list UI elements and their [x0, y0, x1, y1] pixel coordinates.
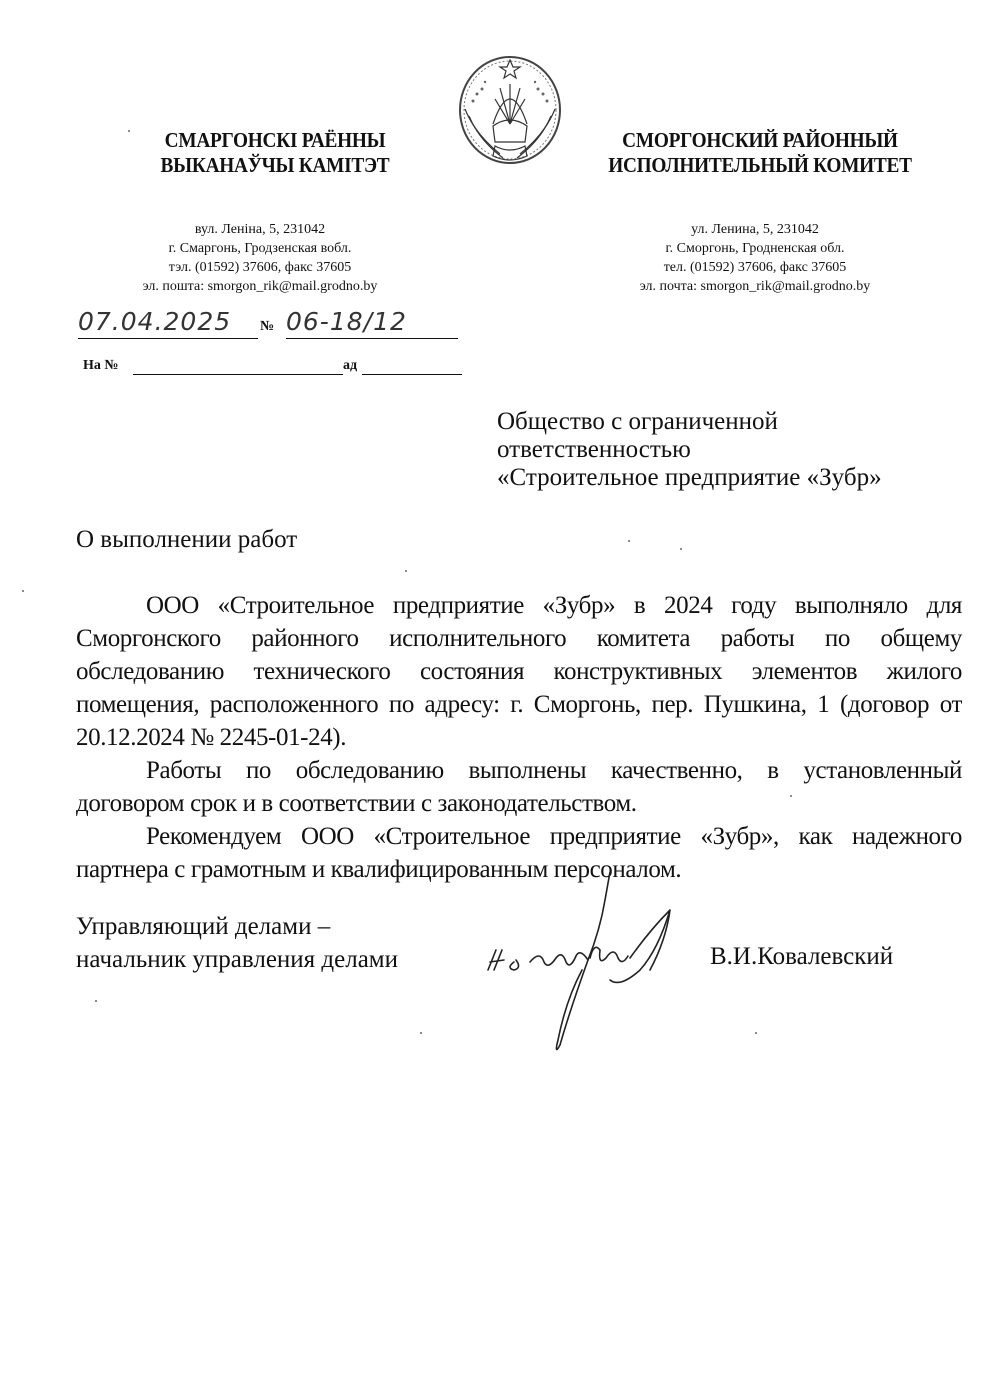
address-line: тэл. (01592) 37606, факс 37605 [80, 258, 440, 277]
position-line: Управляющий делами – [76, 910, 398, 943]
reference-from-label: ад [343, 358, 357, 374]
scan-speck [22, 590, 24, 592]
reference-number-blank [133, 356, 343, 375]
address-line: эл. пошта: smorgon_rik@mail.grodno.by [80, 277, 440, 296]
registration-line: 07.04.2025 № 06-18/12 [78, 305, 458, 341]
recipient-block: Общество с ограниченной ответственностью… [497, 408, 957, 492]
address-line: вул. Леніна, 5, 231042 [80, 220, 440, 239]
scan-speck [95, 1000, 97, 1002]
letter-body: ООО «Строительное предприятие «Зубр» в 2… [76, 589, 962, 886]
scan-speck [755, 1032, 757, 1034]
recipient-line: ответственностью [497, 436, 957, 464]
scan-speck [680, 548, 682, 550]
registration-date: 07.04.2025 [78, 305, 258, 339]
address-russian: ул. Ленина, 5, 231042 г. Сморгонь, Гродн… [590, 220, 920, 296]
address-line: ул. Ленина, 5, 231042 [590, 220, 920, 239]
subject-line: О выполнении работ [76, 526, 297, 554]
body-paragraph: ООО «Строительное предприятие «Зубр» в 2… [76, 589, 962, 754]
scan-speck [128, 130, 130, 132]
recipient-line: Общество с ограниченной [497, 408, 957, 436]
title-line: ИСПОЛНИТЕЛЬНЫЙ КОМИТЕТ [581, 153, 940, 178]
title-line: СМАРГОНСКІ РАЁННЫ [123, 128, 427, 153]
title-line: СМОРГОНСКИЙ РАЙОННЫЙ [581, 128, 940, 153]
reference-line: На № ад [83, 356, 463, 378]
scan-speck [405, 570, 407, 572]
reference-label: На № [83, 358, 118, 374]
signatory-name: В.И.Ковалевский [710, 943, 893, 971]
address-line: эл. почта: smorgon_rik@mail.grodno.by [590, 277, 920, 296]
address-line: г. Сморгонь, Гродненская обл. [590, 239, 920, 258]
position-line: начальник управления делами [76, 943, 398, 976]
address-belarusian: вул. Леніна, 5, 231042 г. Смаргонь, Грод… [80, 220, 440, 296]
address-line: тел. (01592) 37606, факс 37605 [590, 258, 920, 277]
letterhead-title-belarusian: СМАРГОНСКІ РАЁННЫ ВЫКАНАЎЧЫ КАМІТЭТ [123, 128, 427, 178]
signatory-position: Управляющий делами – начальник управлени… [76, 910, 398, 976]
scan-speck [420, 1032, 422, 1034]
title-line: ВЫКАНАЎЧЫ КАМІТЭТ [123, 153, 427, 178]
number-label: № [260, 319, 274, 335]
address-line: г. Смаргонь, Гродзенская вобл. [80, 239, 440, 258]
scan-speck [790, 795, 792, 797]
registration-number: 06-18/12 [286, 305, 458, 339]
scan-speck [628, 540, 630, 542]
handwritten-signature-icon [470, 870, 710, 1060]
recipient-line: «Строительное предприятие «Зубр» [497, 464, 957, 492]
body-paragraph: Работы по обследованию выполнены качеств… [76, 754, 962, 820]
letterhead-title-russian: СМОРГОНСКИЙ РАЙОННЫЙ ИСПОЛНИТЕЛЬНЫЙ КОМИ… [581, 128, 940, 178]
coat-of-arms-icon [455, 54, 565, 166]
reference-date-blank [362, 356, 462, 375]
